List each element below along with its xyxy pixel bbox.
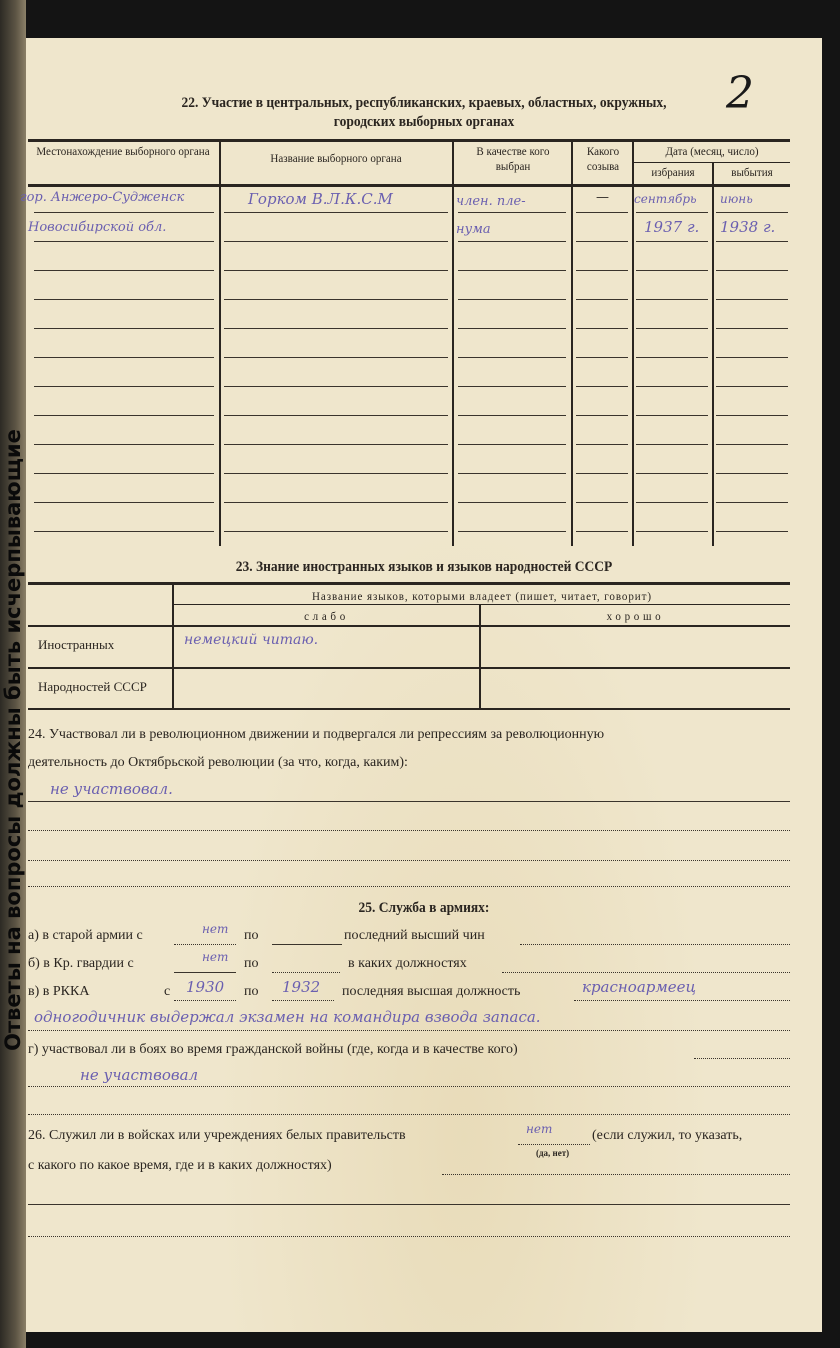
section23-title: 23. Знание иностранных языков и языков н… bbox=[66, 559, 782, 576]
answer-line bbox=[28, 860, 790, 861]
cell-elected-line1: сентябрь bbox=[634, 192, 697, 206]
section26-hint: (да, нет) bbox=[536, 1148, 569, 1158]
cell-foreign-weak: немецкий читаю. bbox=[184, 632, 318, 648]
cell-left-line2: 1938 г. bbox=[720, 218, 775, 236]
table23-bottom-border bbox=[28, 708, 790, 710]
service-a-rank-label: последний высший чин bbox=[344, 928, 485, 944]
service-b-from: нет bbox=[202, 950, 228, 964]
section24-question-line1: 24. Участвовал ли в революционном движен… bbox=[28, 727, 604, 743]
form-page: 2 22. Участие в центральных, республикан… bbox=[26, 38, 822, 1332]
answer-line bbox=[28, 830, 790, 831]
answer-line bbox=[28, 1086, 790, 1087]
answer-line bbox=[28, 1114, 790, 1115]
service-c-position-label: последняя высшая должность bbox=[342, 984, 520, 1000]
table23-header-border bbox=[28, 625, 790, 627]
header-date: Дата (месяц, число) bbox=[640, 144, 784, 159]
cell-location-line1: гор. Анжеро-Судженск bbox=[20, 190, 184, 205]
service-c-to-label: по bbox=[244, 984, 259, 1000]
service-b-label: б) в Кр. гвардии с bbox=[28, 956, 134, 972]
header-name: Название выборного органа bbox=[230, 151, 442, 166]
section26-question-part1: 26. Служил ли в войсках или учреждениях … bbox=[28, 1128, 406, 1144]
answer-line bbox=[28, 801, 790, 802]
section25-title: 25. Служба в армиях: bbox=[66, 900, 782, 917]
col-divider bbox=[479, 605, 481, 708]
section24-answer: не участвовал. bbox=[50, 780, 173, 798]
service-d-label: г) участвовал ли в боях во время граждан… bbox=[28, 1042, 518, 1058]
header-good: хорошо bbox=[493, 609, 777, 624]
header-role: В качестве кого выбран bbox=[461, 144, 566, 174]
service-b-positions-label: в каких должностях bbox=[348, 956, 467, 972]
cell-convocation: — bbox=[596, 190, 609, 205]
answer-line bbox=[28, 886, 790, 887]
service-c-from: 1930 bbox=[186, 978, 224, 996]
table23-header-top: Название языков, которыми владеет (пишет… bbox=[199, 589, 766, 604]
header-elected: избрания bbox=[637, 165, 709, 180]
service-c-from-label: с bbox=[164, 984, 170, 1000]
section26-question-line2: с какого по какое время, где и в каких д… bbox=[28, 1158, 332, 1174]
col-divider bbox=[452, 141, 454, 546]
col-divider bbox=[712, 163, 714, 546]
section26-question-part2: (если служил, то указать, bbox=[592, 1128, 742, 1144]
service-b-to-label: по bbox=[244, 956, 259, 972]
service-b-positions-field bbox=[502, 972, 790, 973]
table22-top-border bbox=[28, 139, 790, 142]
answer-line bbox=[28, 1204, 790, 1205]
section22-title-line2: городских выборных органах bbox=[66, 114, 782, 131]
service-a-label: а) в старой армии с bbox=[28, 928, 143, 944]
row-label-ussr: Народностей СССР bbox=[38, 679, 147, 695]
header-weak: слабо bbox=[186, 609, 467, 624]
table23-subheader-divider bbox=[174, 604, 790, 605]
service-d-answer: не участвовал bbox=[80, 1066, 198, 1084]
table22-header-border bbox=[28, 184, 790, 187]
service-a-to-label: по bbox=[244, 928, 259, 944]
spine-instruction-text: Ответы на вопросы должны быть исчерпываю… bbox=[1, 429, 25, 1051]
col-divider bbox=[571, 141, 573, 546]
section26-answer: нет bbox=[526, 1122, 552, 1136]
col-divider bbox=[219, 141, 221, 546]
row-label-foreign: Иностранных bbox=[38, 637, 114, 653]
section22-title-line1: 22. Участие в центральных, республиканск… bbox=[66, 95, 782, 112]
service-c-position: красноармеец bbox=[582, 978, 696, 996]
cell-location-line2: Новосибирской обл. bbox=[28, 220, 166, 235]
cell-left-line1: июнь bbox=[720, 192, 753, 206]
section24-question-line2: деятельность до Октябрьской революции (з… bbox=[28, 755, 408, 771]
service-c-label: в) в РККА bbox=[28, 984, 89, 1000]
service-c-continuation: одногодичник выдержал экзамен на команди… bbox=[34, 1008, 541, 1026]
service-a-rank-field bbox=[520, 944, 790, 945]
cell-elected-line2: 1937 г. bbox=[644, 218, 699, 236]
cell-organ-name: Горком В.Л.К.С.М bbox=[248, 190, 393, 208]
cell-role-line1: член. пле- bbox=[456, 194, 526, 209]
col-divider bbox=[172, 584, 174, 708]
table23-top-border bbox=[28, 582, 790, 585]
header-location: Местонахождение выборного органа bbox=[36, 144, 211, 159]
header-convocation: Какого созыва bbox=[576, 144, 629, 174]
service-a-from: нет bbox=[202, 922, 228, 936]
cell-role-line2: нума bbox=[456, 222, 491, 237]
answer-line bbox=[28, 1236, 790, 1237]
service-c-to: 1932 bbox=[282, 978, 320, 996]
table23-row-border bbox=[28, 667, 790, 669]
header-left: выбытия bbox=[717, 165, 787, 180]
